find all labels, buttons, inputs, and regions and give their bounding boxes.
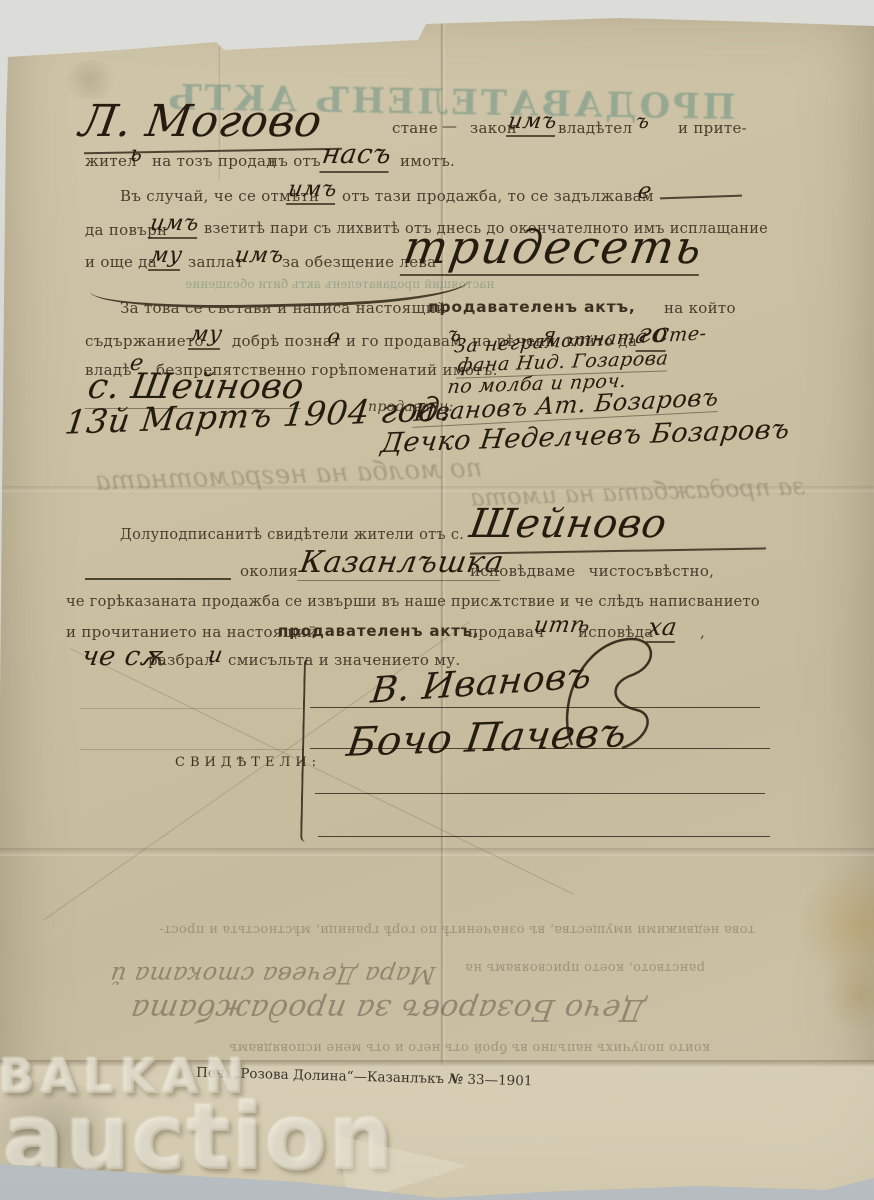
print-run: нъ отъ xyxy=(268,153,321,170)
imprint-number: 33—1901 xyxy=(467,1072,532,1090)
print-run: околия xyxy=(240,563,298,580)
signature-line xyxy=(315,793,765,794)
bleed-through-text-block: това недвижими имущества, въ означенитѣ … xyxy=(55,905,765,1055)
hand-fill: насъ xyxy=(319,140,393,173)
photo-of-document: ПРОДАВАТЕЛЕНЪ АКТЪ настоящий продавателе… xyxy=(0,0,874,1200)
ghost-print-line: които получихъ напълно въ брой отъ него … xyxy=(229,1040,710,1055)
imprint-number-sign: № xyxy=(448,1071,463,1087)
print-run: и още да xyxy=(85,254,157,271)
print-run: владѣтел xyxy=(558,120,632,137)
faint-ruled-line xyxy=(80,749,302,750)
print-run: и го продавам xyxy=(346,333,462,350)
print-run: За това се състави и написа настоящий xyxy=(120,300,446,317)
stain xyxy=(60,60,120,100)
print-run: исповѣдваме чистосъвѣстно, xyxy=(470,563,714,580)
hand-fill: имъ xyxy=(286,178,339,205)
hand-dash xyxy=(660,195,742,200)
hand-fill: ь xyxy=(128,143,144,167)
hand-fill: ъ xyxy=(634,110,651,132)
hand-fill: му xyxy=(188,323,224,350)
signature-line xyxy=(318,836,770,837)
print-run: Долуподписанитѣ свидѣтели жители отъ с. xyxy=(120,528,464,544)
paper-sheet: ПРОДАВАТЕЛЕНЪ АКТЪ настоящий продавателе… xyxy=(0,0,874,1200)
hand-underline xyxy=(470,547,766,554)
print-run: , xyxy=(700,624,705,641)
ghost-hand-line: Дечо Бозаровъ за продажбата xyxy=(128,992,648,1027)
hand-witness-signature: Бочо Пачевъ xyxy=(344,711,630,765)
print-run-bold: продавателенъ актъ, xyxy=(278,623,479,640)
print-run: и прите- xyxy=(678,120,747,137)
print-run: разбрал xyxy=(148,652,214,669)
hand-fill: му xyxy=(148,244,184,271)
hand-dash xyxy=(85,578,231,580)
horizontal-fold-crease xyxy=(0,848,874,856)
print-run: отъ тази продажба, то се задължавам xyxy=(342,188,654,205)
print-run: съдържанието xyxy=(85,333,204,350)
faint-ruled-line xyxy=(80,708,302,709)
print-run: имотъ. xyxy=(400,153,455,170)
ghost-print-line: ранството, което присвоявамъ на xyxy=(465,960,705,975)
witnesses-label: СВИДѢТЕЛИ: xyxy=(175,756,321,770)
print-run: — xyxy=(442,118,457,135)
print-run: на тозъ продад xyxy=(152,153,276,170)
print-run-bold: продавателенъ актъ, xyxy=(428,299,636,316)
ghost-hand-line: Мара Дечева стоката й xyxy=(108,961,437,989)
hand-fill: имъ xyxy=(233,244,285,268)
print-run: на който xyxy=(664,300,736,317)
hand-seller-name: Л. Могово xyxy=(76,98,325,146)
ghost-print-line: това недвижими имущества, въ означенитѣ … xyxy=(159,922,755,937)
print-run: че горѣказаната продажба се извърши въ н… xyxy=(66,595,760,611)
hand-fill: имъ xyxy=(148,212,201,239)
hand-fill: и xyxy=(206,644,225,668)
signature-bracket xyxy=(300,658,316,842)
hand-fill: имъ xyxy=(506,110,559,137)
hand-amount: тридесеть xyxy=(400,222,707,276)
print-run: добрѣ познат xyxy=(232,333,341,350)
hand-village: Шейново xyxy=(467,502,670,546)
print-run: стане xyxy=(392,120,438,137)
